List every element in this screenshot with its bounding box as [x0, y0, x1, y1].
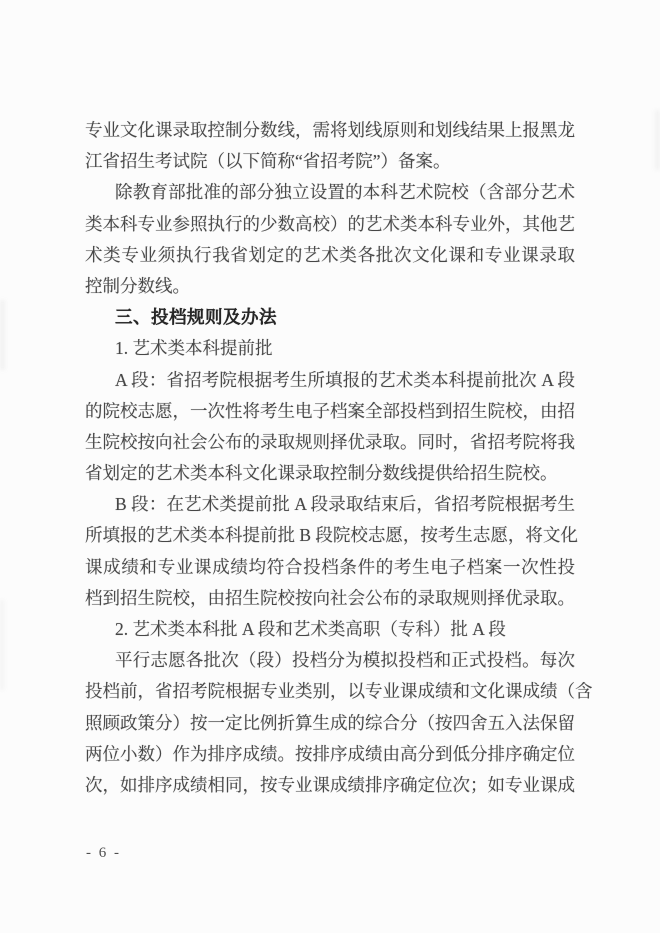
- document-text-block: 专业文化课录取控制分数线，需将划线原则和划线结果上报黑龙江省招生考试院（以下简称…: [85, 115, 575, 801]
- scan-artifact: [0, 300, 5, 370]
- text-line: 课成绩和专业课成绩均符合投档条件的考生电子档案一次性投: [85, 552, 575, 583]
- text-line: 2. 艺术类本科批 A 段和艺术类高职（专科）批 A 段: [85, 614, 575, 645]
- text-line: 投档前，省招考院根据专业类别，以专业课成绩和文化课成绩（含: [85, 676, 575, 707]
- text-line: 术类专业须执行我省划定的艺术类各批次文化课和专业课录取: [85, 240, 575, 271]
- text-line: B 段：在艺术类提前批 A 段录取结束后，省招考院根据考生: [85, 489, 575, 520]
- text-line: 类本科专业参照执行的少数高校）的艺术类本科专业外，其他艺: [85, 209, 575, 240]
- text-line: 所填报的艺术类本科提前批 B 段院校志愿，按考生志愿，将文化: [85, 520, 575, 551]
- text-line: 生院校按向社会公布的录取规则择优录取。同时，省招考院将我: [85, 427, 575, 458]
- scan-artifact: [0, 600, 4, 690]
- text-line: 次，如排序成绩相同，按专业课成绩排序确定位次；如专业课成: [85, 770, 575, 801]
- text-line: 专业文化课录取控制分数线，需将划线原则和划线结果上报黑龙: [85, 115, 575, 146]
- scan-artifact: [655, 110, 660, 170]
- scanned-document-page: 专业文化课录取控制分数线，需将划线原则和划线结果上报黑龙江省招生考试院（以下简称…: [0, 0, 660, 933]
- page-number: - 6 -: [86, 845, 121, 862]
- section-heading: 三、投档规则及办法: [85, 302, 575, 333]
- text-line: 除教育部批准的部分独立设置的本科艺术院校（含部分艺术: [85, 177, 575, 208]
- text-line: 照顾政策分）按一定比例折算生成的综合分（按四舍五入法保留: [85, 708, 575, 739]
- text-line: 的院校志愿，一次性将考生电子档案全部投档到招生院校，由招: [85, 396, 575, 427]
- text-line: A 段：省招考院根据考生所填报的艺术类本科提前批次 A 段: [85, 365, 575, 396]
- text-line: 江省招生考试院（以下简称“省招考院”）备案。: [85, 146, 575, 177]
- text-line: 平行志愿各批次（段）投档分为模拟投档和正式投档。每次: [85, 645, 575, 676]
- text-line: 控制分数线。: [85, 271, 575, 302]
- text-line: 省划定的艺术类本科文化课录取控制分数线提供给招生院校。: [85, 458, 575, 489]
- text-line: 1. 艺术类本科提前批: [85, 333, 575, 364]
- text-line: 两位小数）作为排序成绩。按排序成绩由高分到低分排序确定位: [85, 739, 575, 770]
- text-line: 档到招生院校，由招生院校按向社会公布的录取规则择优录取。: [85, 583, 575, 614]
